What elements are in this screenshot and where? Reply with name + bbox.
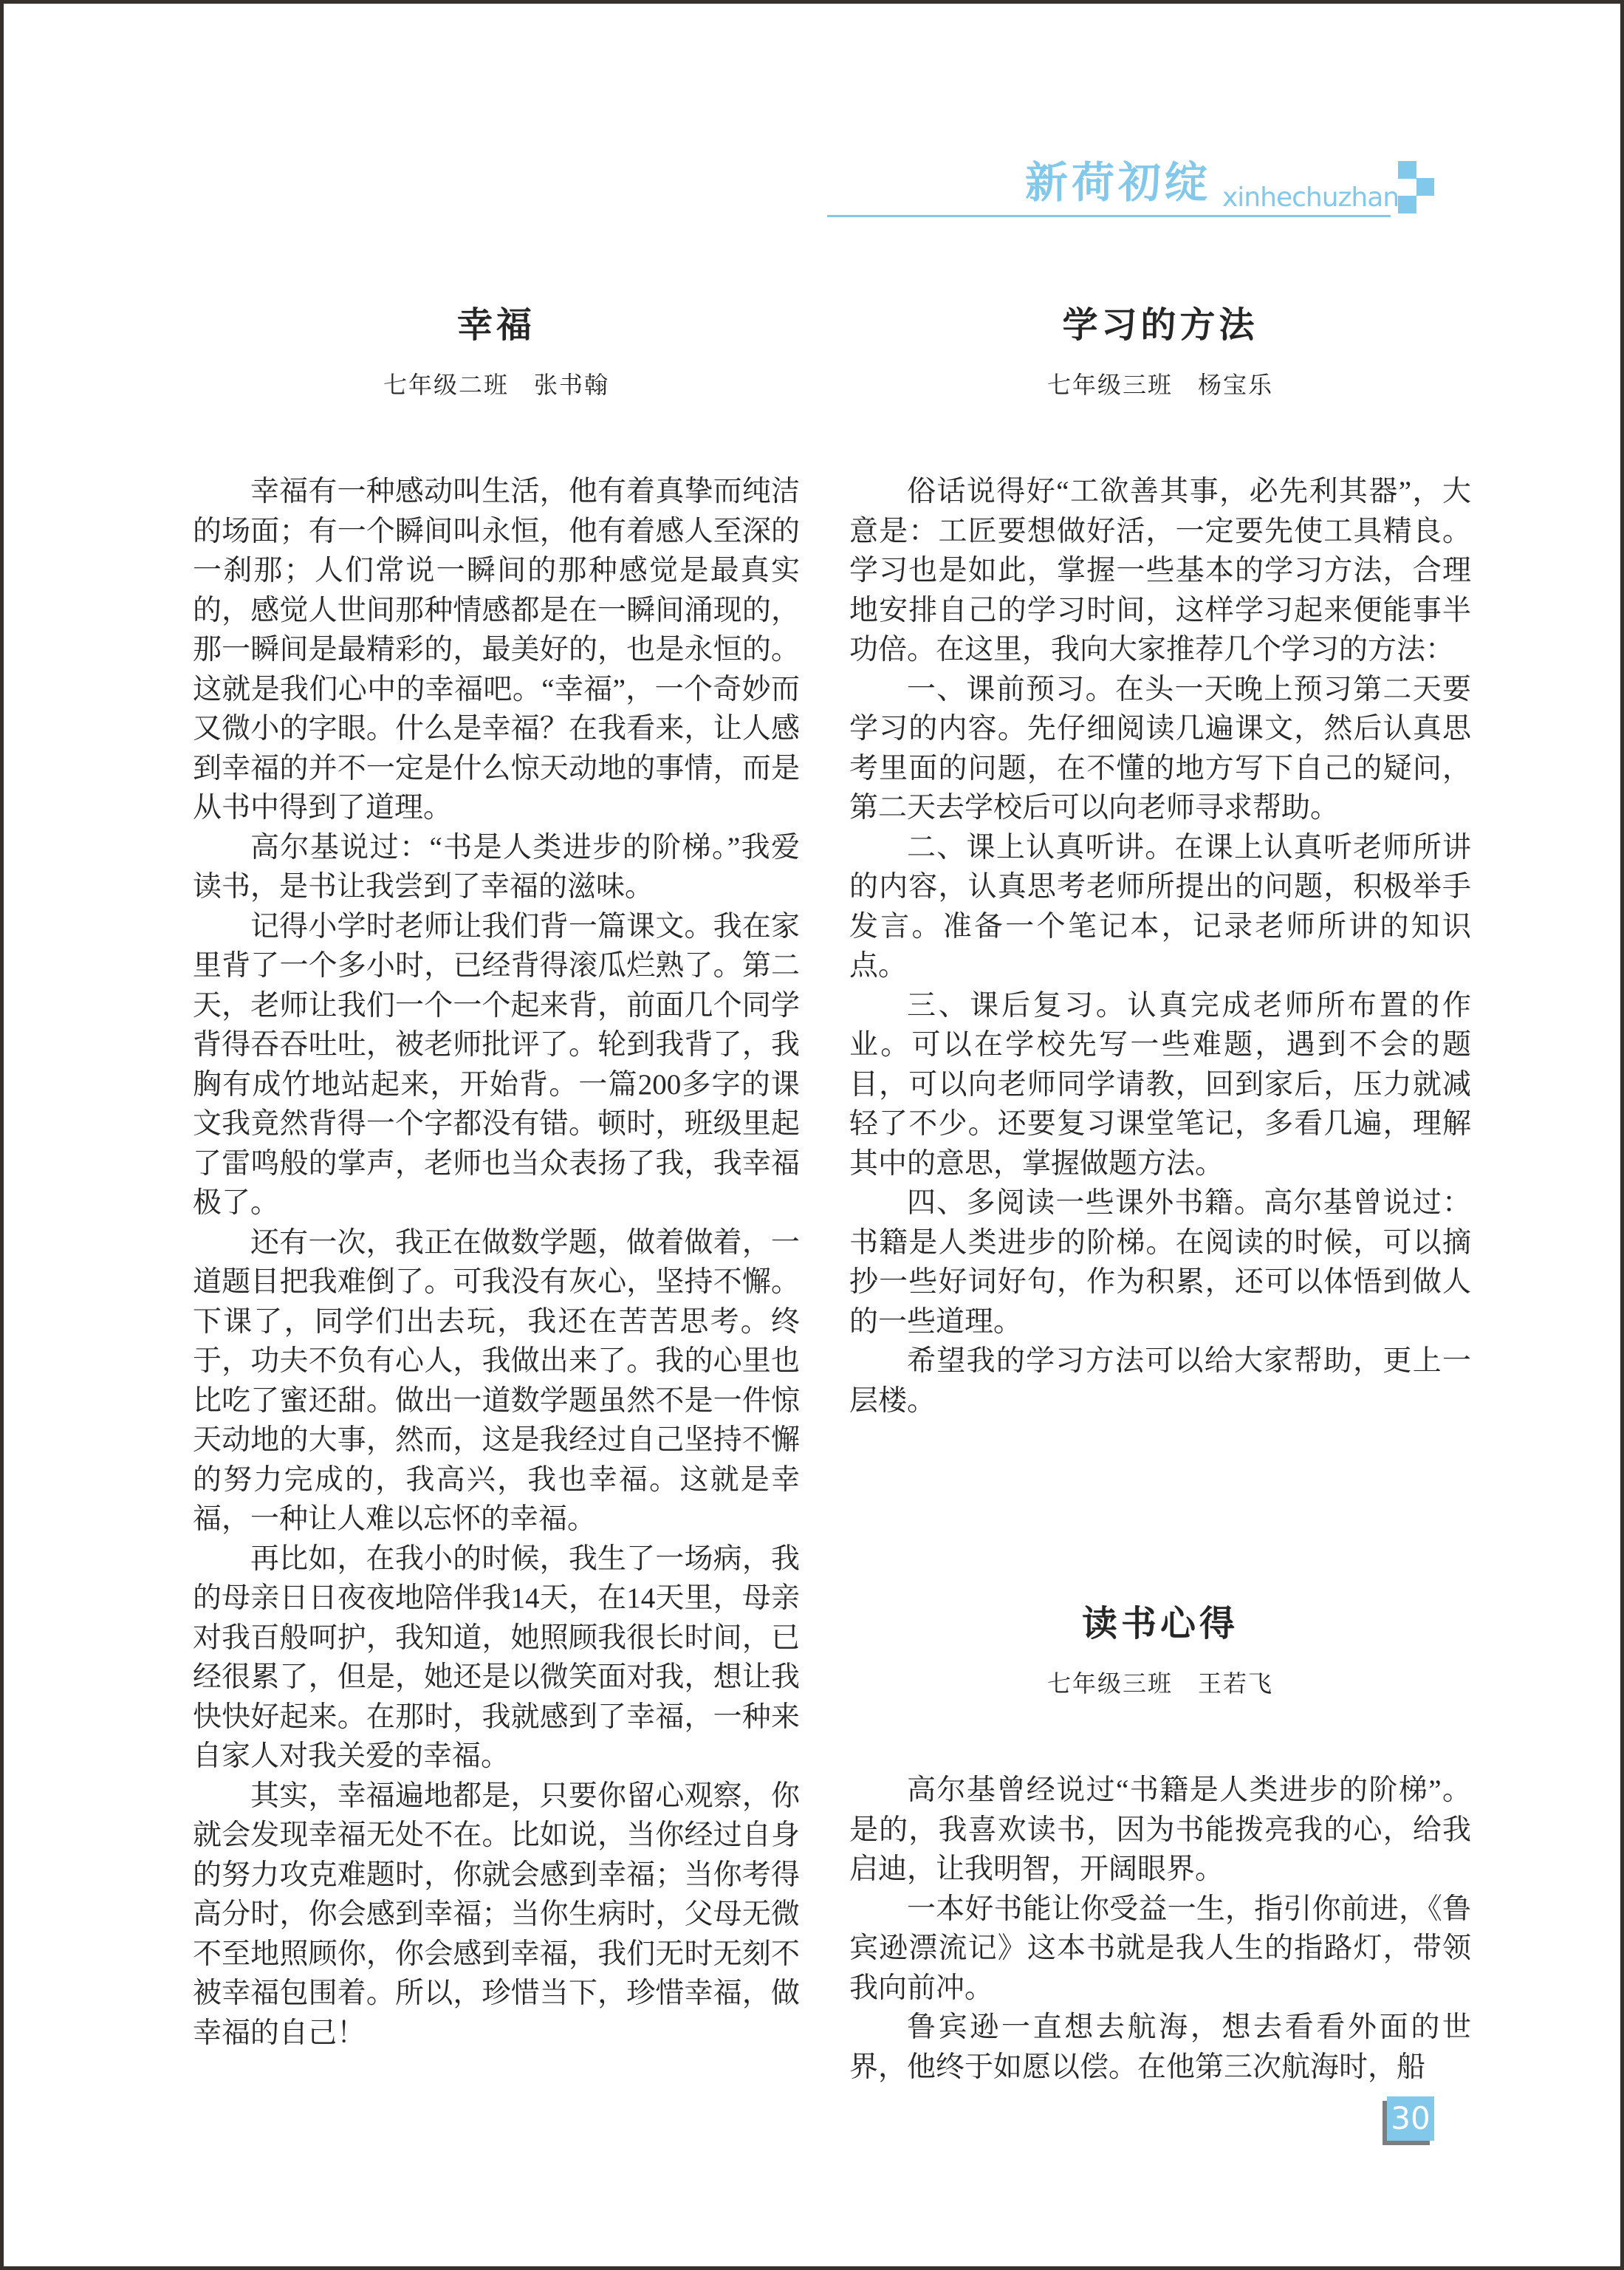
paragraph: 鲁宾逊一直想去航海，想去看看外面的世界，他终于如愿以偿。在他第三次航海时，船	[849, 2008, 1471, 2087]
brand-pinyin: xinhechuzhan	[1222, 183, 1399, 213]
article-body: 俗话说得好“工欲善其事，必先利其器”，大意是：工匠要想做好活，一定要先使工具精良…	[849, 472, 1471, 1421]
paragraph: 希望我的学习方法可以给大家帮助，更上一层楼。	[849, 1341, 1471, 1421]
paragraph: 俗话说得好“工欲善其事，必先利其器”，大意是：工匠要想做好活，一定要先使工具精良…	[849, 472, 1471, 670]
decor-square-middle-icon	[1416, 178, 1434, 196]
brand-title: 新荷初绽	[1025, 159, 1211, 206]
page-number-badge: 30	[1387, 2096, 1434, 2141]
paragraph: 再比如，在我小的时候，我生了一场病，我的母亲日日夜夜地陪伴我14天，在14天里，…	[193, 1539, 800, 1777]
article-title: 幸福	[193, 307, 800, 345]
paragraph: 记得小学时老师让我们背一篇课文。我在家里背了一个多小时，已经背得滚瓜烂熟了。第二…	[193, 907, 800, 1223]
paragraph: 四、多阅读一些课外书籍。高尔基曾说过：书籍是人类进步的阶梯。在阅读的时候，可以摘…	[849, 1183, 1471, 1341]
article-reading-notes: 读书心得 七年级三班 王若飞 高尔基曾经说过“书籍是人类进步的阶梯”。是的，我喜…	[849, 1605, 1471, 2087]
paragraph: 三、课后复习。认真完成老师所布置的作业。可以在学校先写一些难题，遇到不会的题目，…	[849, 986, 1471, 1184]
article-body: 高尔基曾经说过“书籍是人类进步的阶梯”。是的，我喜欢读书，因为书能拨亮我的心，给…	[849, 1771, 1471, 2087]
paragraph: 幸福有一种感动叫生活，他有着真挚而纯洁的场面；有一个瞬间叫永恒，他有着感人至深的…	[193, 472, 800, 828]
header-underline	[827, 215, 1391, 217]
paragraph: 二、课上认真听讲。在课上认真听老师所讲的内容，认真思考老师所提出的问题，积极举手…	[849, 828, 1471, 986]
magazine-page: 新荷初绽 xinhechuzhan 幸福 七年级二班 张书翰 幸福有一种感动叫生…	[0, 0, 1624, 2270]
paragraph: 还有一次，我正在做数学题，做着做着，一道题目把我难倒了。可我没有灰心，坚持不懈。…	[193, 1223, 800, 1539]
paragraph: 高尔基曾经说过“书籍是人类进步的阶梯”。是的，我喜欢读书，因为书能拨亮我的心，给…	[849, 1771, 1471, 1890]
decor-square-bottom-icon	[1398, 196, 1416, 213]
article-study-methods: 学习的方法 七年级三班 杨宝乐 俗话说得好“工欲善其事，必先利其器”，大意是：工…	[849, 307, 1471, 1421]
decor-square-top-icon	[1398, 161, 1416, 179]
article-body: 幸福有一种感动叫生活，他有着真挚而纯洁的场面；有一个瞬间叫永恒，他有着感人至深的…	[193, 472, 800, 2053]
article-author: 七年级三班 杨宝乐	[849, 372, 1471, 398]
paragraph: 一本好书能让你受益一生，指引你前进，《鲁宾逊漂流记》这本书就是我人生的指路灯，带…	[849, 1890, 1471, 2009]
paragraph: 其实，幸福遍地都是，只要你留心观察，你就会发现幸福无处不在。比如说，当你经过自身…	[193, 1777, 800, 2054]
paragraph: 高尔基说过：“书是人类进步的阶梯。”我爱读书，是书让我尝到了幸福的滋味。	[193, 828, 800, 907]
article-title: 学习的方法	[849, 307, 1471, 345]
paragraph: 一、课前预习。在头一天晚上预习第二天要学习的内容。先仔细阅读几遍课文，然后认真思…	[849, 670, 1471, 828]
article-author: 七年级三班 王若飞	[849, 1670, 1471, 1697]
article-title: 读书心得	[849, 1605, 1471, 1644]
article-happiness: 幸福 七年级二班 张书翰 幸福有一种感动叫生活，他有着真挚而纯洁的场面；有一个瞬…	[193, 307, 800, 2053]
article-author: 七年级二班 张书翰	[193, 372, 800, 398]
